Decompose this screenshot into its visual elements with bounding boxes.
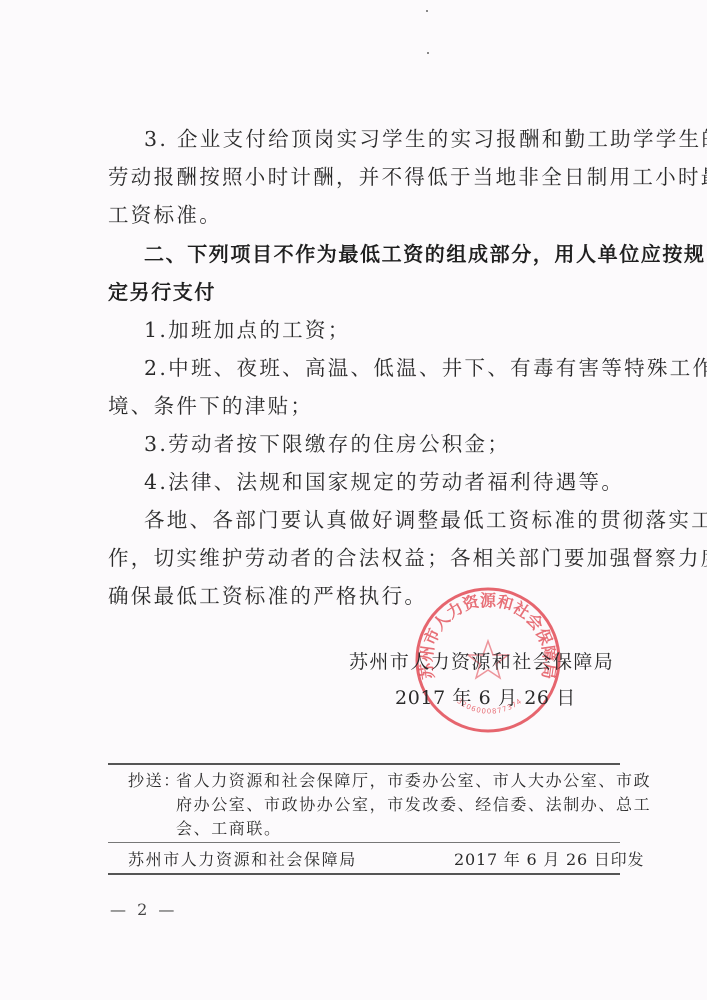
section2-heading-line-1: 二、下列项目不作为最低工资的组成部分，用人单位应按规 — [144, 242, 706, 266]
list-item-2-cont: 境、条件下的津贴； — [108, 394, 313, 418]
list-item-4: 4.法律、法规和国家规定的劳动者福利待遇等。 — [144, 470, 624, 494]
signature-issuer: 苏州市人力资源和社会保障局 — [349, 650, 614, 674]
item3-line-3: 工资标准。 — [108, 203, 222, 227]
footer-issuer: 苏州市人力资源和社会保障局 — [128, 850, 357, 870]
closing-line-2: 作，切实维护劳动者的合法权益；各相关部门要加强督察力度， — [108, 546, 707, 570]
footer-issued-date: 2017 年 6 月 26 日印发 — [454, 850, 644, 870]
footer-bottom-rule — [108, 873, 620, 875]
section2-heading-line-2: 定另行支付 — [108, 280, 216, 304]
list-item-2: 2.中班、夜班、高温、低温、井下、有毒有害等特殊工作环 — [144, 356, 707, 380]
closing-line-1: 各地、各部门要认真做好调整最低工资标准的贯彻落实工 — [144, 508, 707, 532]
cc-line-1: 省人力资源和社会保障厅，市委办公室、市人大办公室、市政 — [176, 771, 651, 791]
scan-speck — [427, 52, 429, 54]
item3-line-2: 劳动报酬按照小时计酬，并不得低于当地非全日制用工小时最低 — [108, 165, 707, 189]
cc-label: 抄送： — [128, 771, 181, 791]
cc-top-rule — [108, 763, 620, 765]
list-item-3: 3.劳动者按下限缴存的住房公积金； — [144, 432, 510, 456]
cc-bottom-rule — [108, 842, 620, 843]
cc-line-2: 府办公室、市政协办公室，市发改委、经信委、法制办、总工 — [176, 795, 651, 815]
page-number: — 2 — — [110, 900, 177, 919]
scan-speck — [426, 10, 428, 12]
cc-line-3: 会、工商联。 — [176, 819, 282, 839]
closing-line-3: 确保最低工资标准的严格执行。 — [108, 584, 427, 608]
signature-date: 2017 年 6 月 26 日 — [395, 686, 576, 710]
item3-line-1: 3. 企业支付给顶岗实习学生的实习报酬和勤工助学学生的 — [144, 127, 707, 151]
list-item-1: 1.加班加点的工资； — [144, 318, 351, 342]
